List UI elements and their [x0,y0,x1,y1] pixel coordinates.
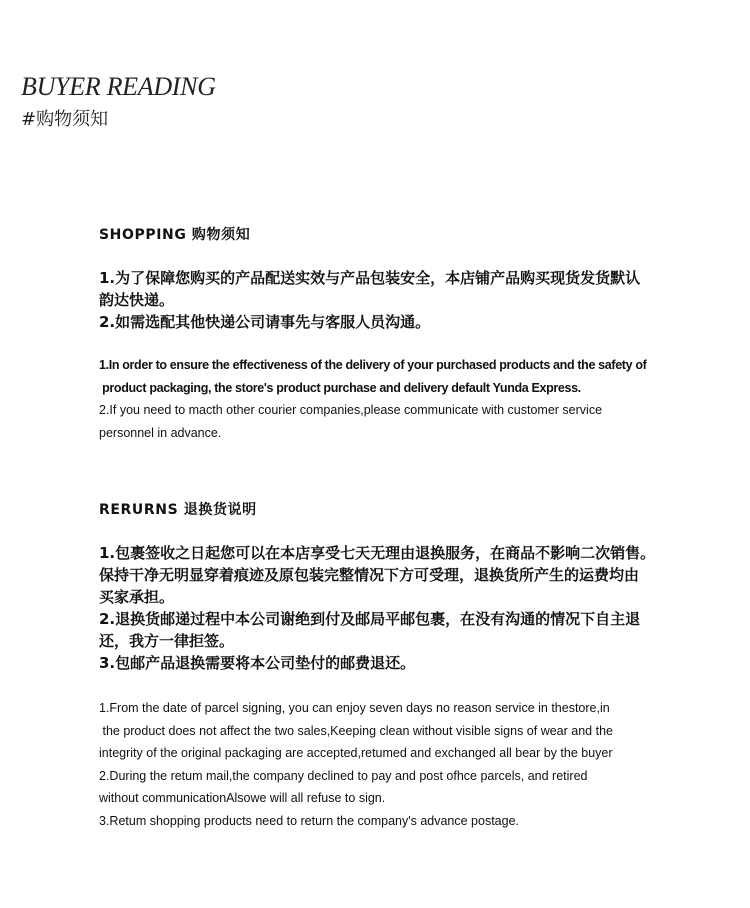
shopping-en-line: personnel in advance. [99,422,699,445]
returns-cn-line: 3.包邮产品退换需要将本公司垫付的邮费退还。 [99,652,699,674]
returns-cn-line: 2.退换货邮递过程中本公司谢绝到付及邮局平邮包裹，在没有沟通的情况下自主退 [99,608,699,630]
shopping-en-line: product packaging, the store's product p… [99,377,699,400]
returns-heading: RERURNS 退换货说明 [99,499,257,519]
returns-cn-line: 还，我方一律拒签。 [99,630,699,652]
returns-cn-line: 保持干净无明显穿着痕迹及原包装完整情况下方可受理，退换货所产生的运费均由 [99,564,699,586]
returns-chinese-notes: 1.包裹签收之日起您可以在本店享受七天无理由退换服务，在商品不影响二次销售。 保… [99,542,699,674]
page-title: BUYER READING [21,72,216,102]
returns-en-line: 3.Retum shopping products need to return… [99,810,699,833]
shopping-english-notes: 1.In order to ensure the effectiveness o… [99,354,699,444]
shopping-chinese-notes: 1.为了保障您购买的产品配送实效与产品包装安全，本店铺产品购买现货发货默认 韵达… [99,267,699,333]
returns-cn-line: 买家承担。 [99,586,699,608]
returns-en-line: without communicationAlsowe will all ref… [99,787,699,810]
returns-english-notes: 1.From the date of parcel signing, you c… [99,697,699,832]
shopping-cn-line: 韵达快递。 [99,289,699,311]
returns-en-line: 2.During the retum mail,the company decl… [99,765,699,788]
shopping-en-line: 2.If you need to macth other courier com… [99,399,699,422]
shopping-heading: SHOPPING 购物须知 [99,224,250,244]
shopping-cn-line: 2.如需选配其他快递公司请事先与客服人员沟通。 [99,311,699,333]
returns-en-line: integrity of the original packaging are … [99,742,699,765]
returns-en-line: 1.From the date of parcel signing, you c… [99,697,699,720]
page-subtitle: #购物须知 [21,105,108,131]
shopping-en-line: 1.In order to ensure the effectiveness o… [99,354,699,377]
returns-en-line: the product does not affect the two sale… [99,720,699,743]
returns-cn-line: 1.包裹签收之日起您可以在本店享受七天无理由退换服务，在商品不影响二次销售。 [99,542,699,564]
shopping-cn-line: 1.为了保障您购买的产品配送实效与产品包装安全，本店铺产品购买现货发货默认 [99,267,699,289]
